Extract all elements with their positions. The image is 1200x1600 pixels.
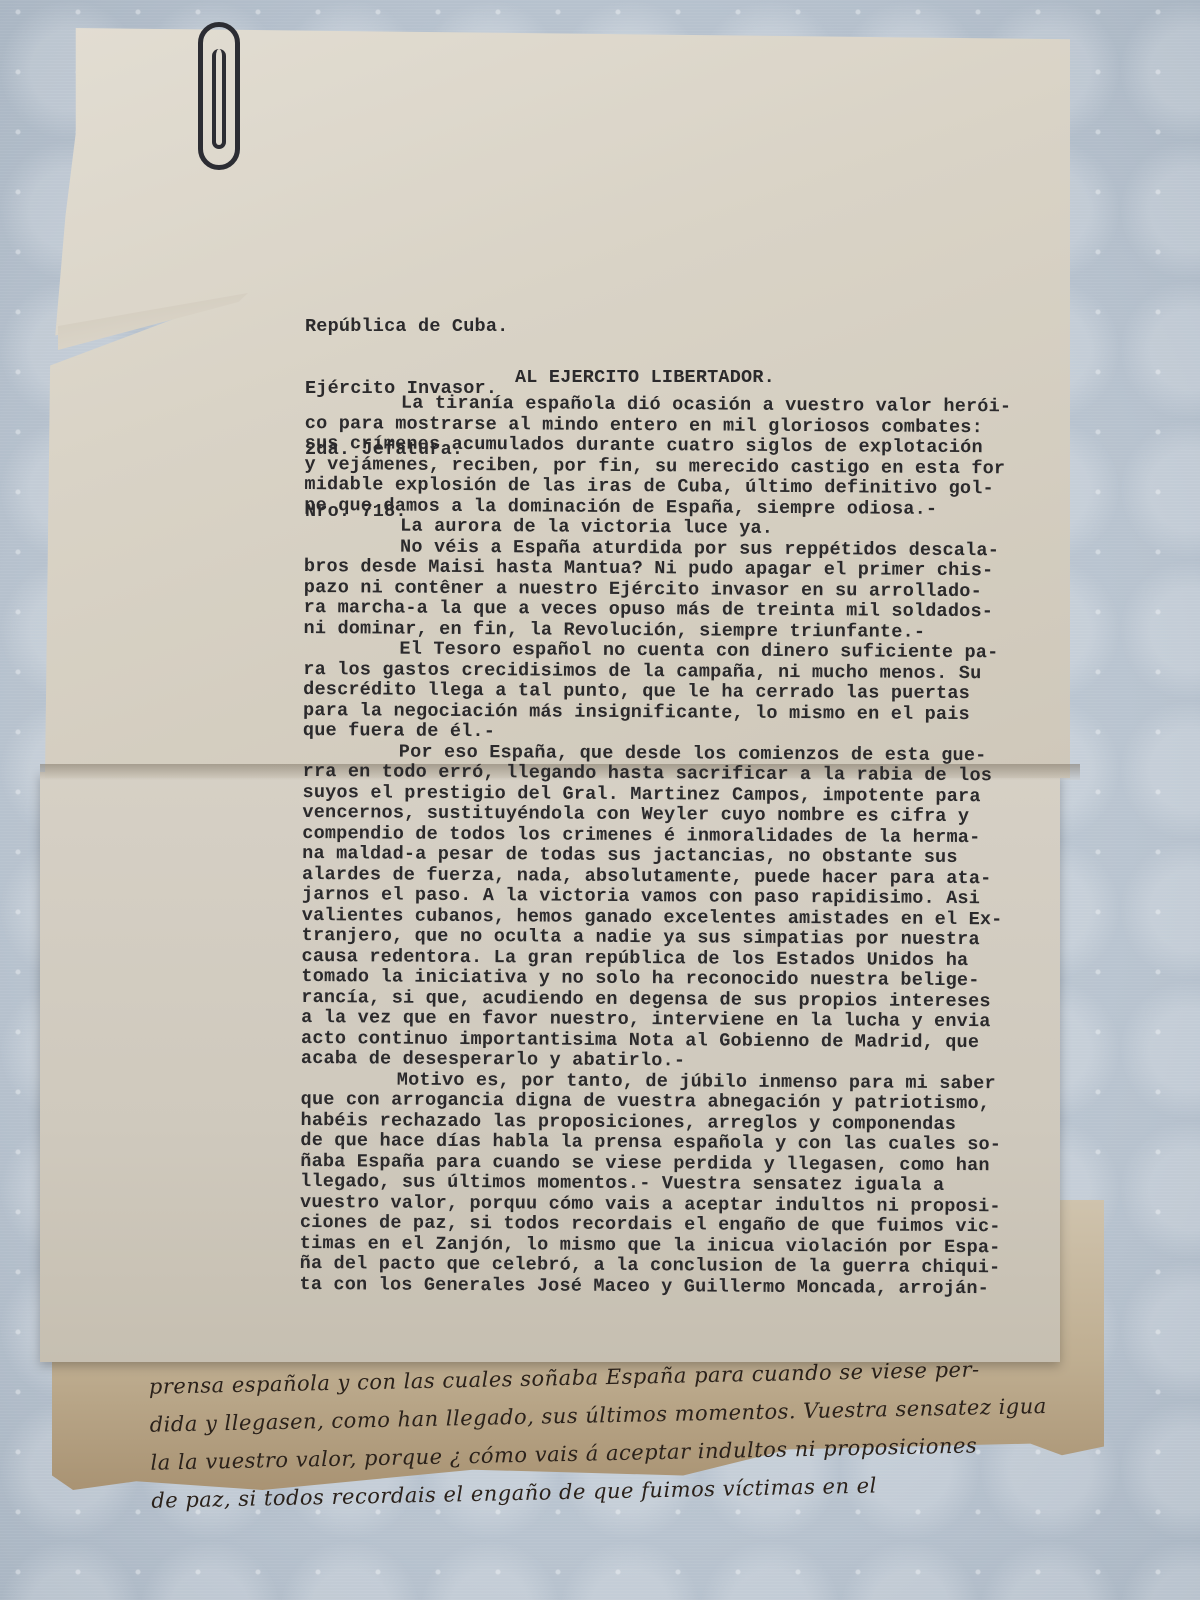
handwritten-text: prensa española y con las cuales soñaba … bbox=[149, 1348, 1082, 1519]
paperclip-icon bbox=[198, 22, 240, 170]
document-title: AL EJERCITO LIBERTADOR. bbox=[515, 368, 775, 389]
document-body: La tiranía española dió ocasión a vuestr… bbox=[299, 393, 1011, 1299]
body-line: ta con los Generales José Maceo y Guille… bbox=[299, 1274, 1005, 1299]
letterhead-line: República de Cuba. bbox=[305, 317, 508, 338]
